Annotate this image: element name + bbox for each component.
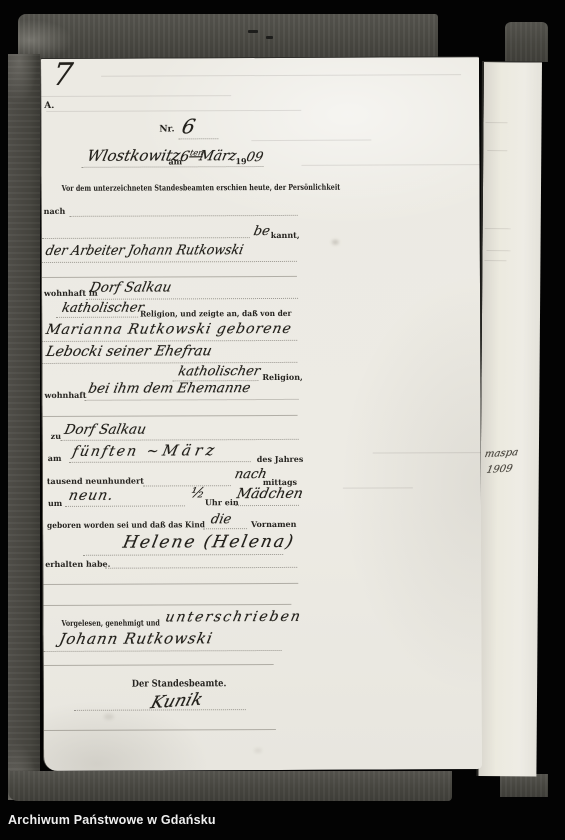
- geboren-line: geboren worden sei und daß das Kind: [47, 519, 217, 530]
- residence2-value: bei ihm dem Ehemanne: [87, 380, 252, 397]
- religion1-label: Religion, und zeigte an, daß von der: [140, 308, 303, 319]
- declarant-name: der Arbeiter Johann Rutkowski: [44, 242, 260, 259]
- archive-watermark: Archiwum Państwowe w Gdańsku: [8, 813, 216, 827]
- erhalten-label: erhalten habe.: [45, 559, 110, 569]
- religion2-value: katholischer: [177, 364, 262, 379]
- scanned-document-viewer: maspa 1909 7 A. Nr. 6 Wlostkowitz am 6te…: [0, 0, 565, 840]
- mother-name-line2: Lebocki seiner Ehefrau: [45, 343, 214, 360]
- be-handwritten: be: [252, 224, 271, 239]
- book-edge-bottom: [8, 771, 452, 801]
- book-edge-bottom-right: [500, 774, 548, 797]
- religion2-label: Religion,: [262, 372, 302, 382]
- folio-number: 7: [51, 57, 74, 93]
- birth-connector: ~: [145, 443, 160, 459]
- book-edge-top: [18, 14, 438, 62]
- birth-month-value: März: [161, 441, 220, 459]
- die-handwritten: die: [209, 512, 232, 527]
- gender-value: Mädchen: [235, 486, 304, 502]
- am2-label: am: [48, 453, 62, 463]
- religion1-value: katholischer: [61, 301, 146, 316]
- birthplace-value: Dorf Salkau: [63, 422, 148, 438]
- declarant-signature: Johann Rutkowski: [58, 629, 215, 648]
- vornamen-label: Vornamen: [251, 519, 296, 529]
- book-edge-top-right: [505, 22, 548, 62]
- registrar-label: Der Standesbeamte.: [132, 678, 240, 689]
- margin-note-line2: 1909: [486, 463, 514, 476]
- nach-label: nach: [44, 206, 66, 216]
- intro-line: Vor dem unterzeichneten Standesbeamten e…: [62, 181, 410, 193]
- residence-value: Dorf Salkau: [88, 279, 173, 295]
- wohnhaft2-label: wohnhaft: [44, 390, 86, 400]
- birth-day-value: fünften: [71, 444, 140, 460]
- des-jahres-label: des Jahres: [257, 454, 304, 464]
- edge-ink-mark: [266, 36, 273, 39]
- year-handwritten: 09: [245, 150, 265, 165]
- kannt-label: kannt,: [271, 230, 300, 240]
- section-label: A.: [44, 101, 54, 111]
- closing-handwritten: unterschrieben: [164, 609, 304, 626]
- hour-value: neun.: [67, 488, 115, 504]
- half-mark: ½: [189, 485, 206, 501]
- mother-name-line1: Marianna Rutkowski geborene: [45, 321, 294, 338]
- document-page: 7 A. Nr. 6 Wlostkowitz am 6ten März 19 0…: [40, 56, 482, 771]
- um-label: um: [48, 498, 62, 508]
- margin-note-line1: maspa: [484, 447, 520, 460]
- tausend-label: tausend neunhundert: [47, 476, 144, 486]
- record-number-label: Nr.: [159, 124, 174, 134]
- record-number-value: 6: [180, 114, 198, 138]
- date-month: März: [198, 148, 238, 164]
- next-page-strip: maspa 1909: [476, 61, 542, 776]
- edge-ink-mark: [248, 30, 258, 33]
- zu-label: zu: [51, 431, 61, 441]
- uhr-ein-label: Uhr ein: [205, 497, 239, 507]
- book-edge-left: [8, 54, 40, 800]
- child-name-value: Helene (Helena): [121, 532, 297, 553]
